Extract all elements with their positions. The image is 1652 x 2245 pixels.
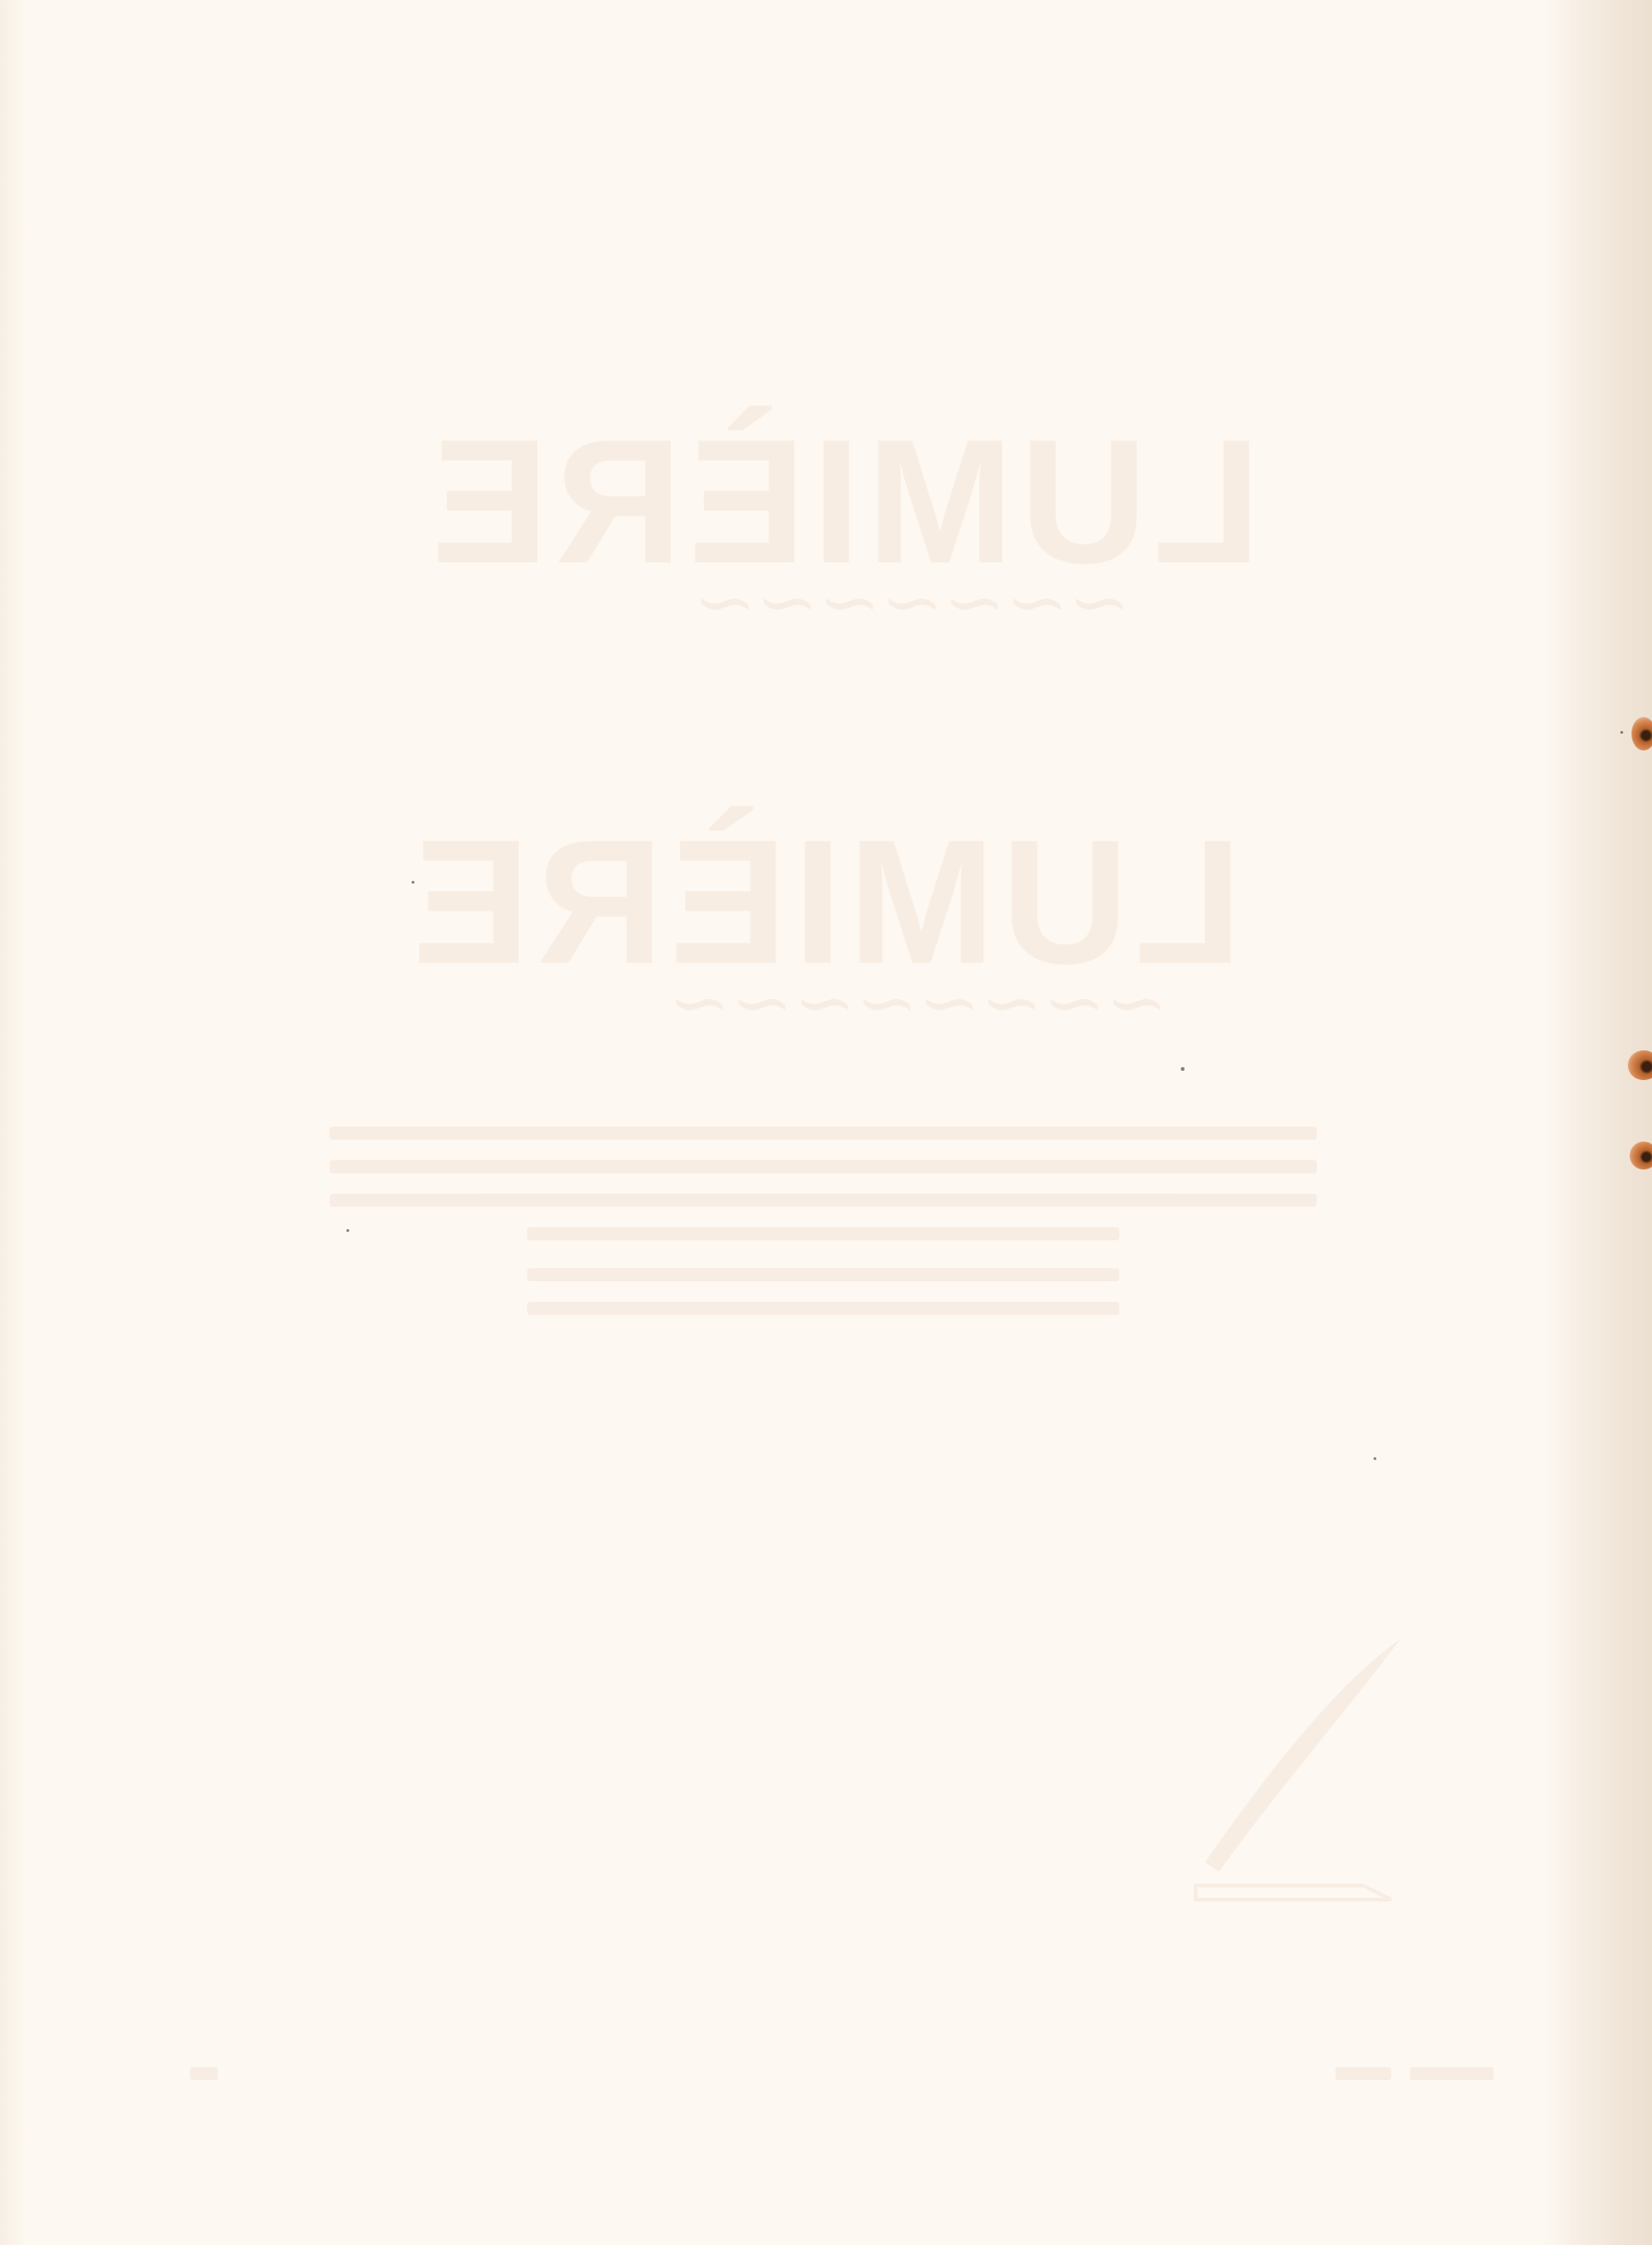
ghost-line [527, 1302, 1119, 1315]
ghost-line [527, 1227, 1119, 1240]
speck [1181, 1067, 1185, 1071]
ghost-line [527, 1268, 1119, 1281]
speck [346, 1229, 349, 1232]
paper-sheet: LUMIÈRE ~~~~~~~ LUMIÈRE ~~~~~~~~ [0, 0, 1652, 2245]
rust-spot [1628, 1050, 1652, 1080]
ghost-footer-right [190, 2067, 218, 2080]
ghost-line [330, 1127, 1317, 1140]
show-through-ghost: LUMIÈRE ~~~~~~~ LUMIÈRE ~~~~~~~~ [0, 0, 1652, 2245]
speck [412, 881, 414, 884]
ghost-line [330, 1160, 1317, 1173]
rust-spot [1630, 1142, 1652, 1170]
rust-spot [1632, 717, 1652, 751]
speck [1620, 731, 1623, 734]
ghost-line [330, 1194, 1317, 1207]
ghost-script-bottom: ~~~~~~~~ [669, 959, 1168, 1046]
speck [1374, 1457, 1376, 1460]
ghost-script-top: ~~~~~~~ [694, 559, 1131, 645]
feather-emblem-icon [1177, 1630, 1419, 1909]
ghost-text-block [330, 1127, 1317, 1335]
ghost-footer-left [1410, 2067, 1494, 2080]
ghost-footer-left [1335, 2067, 1391, 2080]
